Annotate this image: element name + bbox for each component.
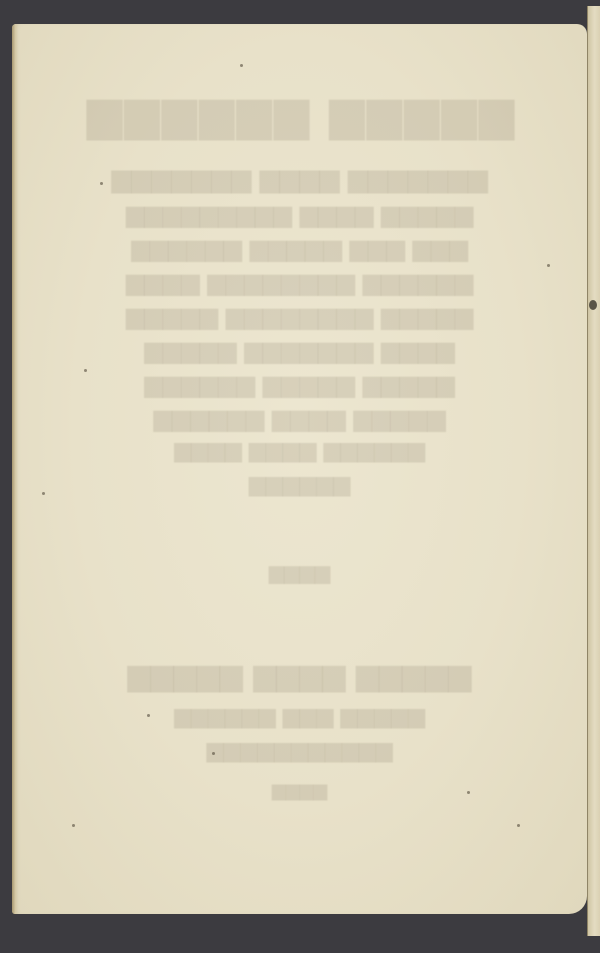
- paper-speck: [72, 824, 75, 827]
- paper-speck: [212, 752, 215, 755]
- paper-speck: [84, 369, 87, 372]
- bleed-through-line: ▆▆▆▆▆▆: [12, 472, 587, 497]
- bleed-through-heading: ▆▆▆▆▆ ▆▆▆▆▆▆: [12, 86, 587, 140]
- bleed-through-line: ▆▆▆▆▆ ▆▆▆▆ ▆▆▆▆▆: [12, 658, 587, 693]
- paper-speck: [547, 264, 550, 267]
- bleed-through-line: ▆▆▆▆: [12, 780, 587, 801]
- bleed-through-line: ▆▆▆ ▆▆▆ ▆▆▆▆▆ ▆▆▆▆▆▆: [12, 234, 587, 262]
- bleed-through-line: ▆▆▆▆: [12, 560, 587, 584]
- paper-speck: [147, 714, 150, 717]
- bleed-through-line: ▆▆▆▆▆ ▆▆▆▆ ▆▆▆▆▆▆: [12, 404, 587, 432]
- bleed-through-line: ▆▆▆▆▆ ▆▆▆▆▆ ▆▆▆▆▆▆: [12, 370, 587, 398]
- paper-speck: [42, 492, 45, 495]
- paper-speck: [100, 182, 103, 185]
- binding-mark: [589, 300, 597, 310]
- bleed-through-line: ▆▆▆▆▆▆▆▆▆▆▆: [12, 738, 587, 763]
- adjacent-page-edge: [587, 6, 600, 936]
- bleed-through-line: ▆▆▆▆▆▆ ▆▆▆▆▆▆▆▆ ▆▆▆▆: [12, 268, 587, 296]
- scan-canvas: ▆▆▆▆▆ ▆▆▆▆▆▆ ▆▆▆▆▆▆▆ ▆▆▆▆ ▆▆▆▆▆▆▆ ▆▆▆▆▆ …: [0, 0, 600, 953]
- bleed-through-line: ▆▆▆▆▆ ▆▆▆▆▆▆▆▆ ▆▆▆▆▆: [12, 302, 587, 330]
- bleed-through-line: ▆▆▆▆▆ ▆▆▆▆ ▆▆▆▆▆▆▆▆▆: [12, 200, 587, 228]
- bleed-through-line: ▆▆▆▆▆▆▆ ▆▆▆▆ ▆▆▆▆▆▆▆: [12, 164, 587, 194]
- paper-speck: [240, 64, 243, 67]
- bleed-through-line: ▆▆▆▆▆▆ ▆▆▆▆ ▆▆▆▆: [12, 438, 587, 463]
- book-page: ▆▆▆▆▆ ▆▆▆▆▆▆ ▆▆▆▆▆▆▆ ▆▆▆▆ ▆▆▆▆▆▆▆ ▆▆▆▆▆ …: [12, 24, 587, 914]
- bleed-through-line: ▆▆▆▆ ▆▆▆▆▆▆▆ ▆▆▆▆▆: [12, 336, 587, 364]
- paper-speck: [517, 824, 520, 827]
- paper-speck: [467, 791, 470, 794]
- bleed-through-line: ▆▆▆▆▆ ▆▆▆ ▆▆▆▆▆▆: [12, 704, 587, 729]
